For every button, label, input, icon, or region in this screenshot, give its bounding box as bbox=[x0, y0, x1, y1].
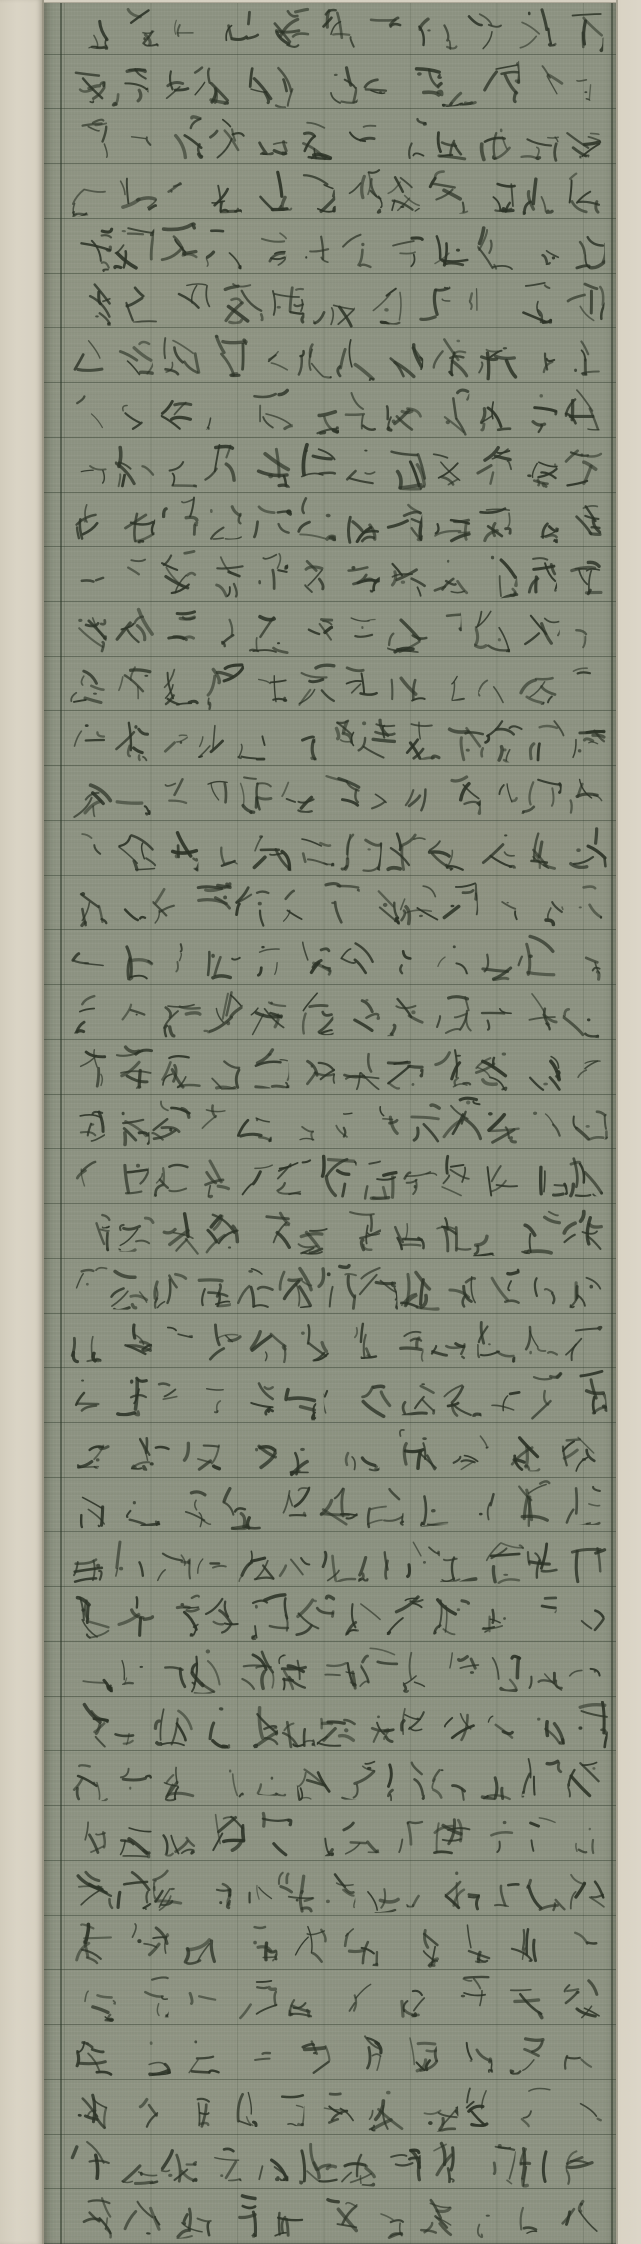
text-row bbox=[44, 438, 616, 493]
calligraphy-character bbox=[68, 0, 117, 54]
calligraphy-character bbox=[158, 1204, 203, 1258]
calligraphy-character bbox=[483, 1149, 524, 1203]
calligraphy-character bbox=[338, 109, 383, 163]
calligraphy-character bbox=[562, 438, 607, 492]
calligraphy-character bbox=[411, 274, 460, 328]
calligraphy-character bbox=[338, 1916, 392, 1970]
calligraphy-character bbox=[558, 274, 607, 328]
calligraphy-character bbox=[317, 1532, 358, 1586]
calligraphy-character bbox=[234, 1259, 275, 1313]
calligraphy-character bbox=[445, 2025, 499, 2079]
text-row bbox=[44, 1314, 616, 1369]
calligraphy-character bbox=[499, 1916, 553, 1970]
calligraphy-character bbox=[517, 1587, 562, 1641]
text-row bbox=[44, 1204, 616, 1259]
calligraphy-character bbox=[192, 1861, 233, 1915]
calligraphy-character bbox=[248, 930, 293, 984]
calligraphy-character bbox=[427, 1314, 472, 1368]
calligraphy-character bbox=[427, 1204, 472, 1258]
calligraphy-character bbox=[109, 1149, 150, 1203]
calligraphy-character bbox=[472, 438, 517, 492]
calligraphy-scroll bbox=[0, 0, 641, 2244]
calligraphy-character bbox=[460, 274, 509, 328]
calligraphy-character bbox=[317, 55, 358, 109]
calligraphy-character bbox=[358, 1368, 399, 1422]
calligraphy-character bbox=[517, 985, 562, 1039]
calligraphy-character bbox=[192, 1697, 233, 1751]
calligraphy-character bbox=[151, 1149, 192, 1203]
calligraphy-character bbox=[158, 1587, 203, 1641]
calligraphy-character bbox=[358, 1532, 399, 1586]
calligraphy-character bbox=[248, 1204, 293, 1258]
text-row bbox=[44, 1697, 616, 1752]
calligraphy-character bbox=[499, 1970, 553, 2024]
calligraphy-character bbox=[562, 1587, 607, 1641]
calligraphy-character bbox=[248, 1587, 293, 1641]
calligraphy-character bbox=[275, 1861, 316, 1915]
calligraphy-character bbox=[524, 1095, 565, 1149]
calligraphy-character bbox=[275, 1149, 316, 1203]
calligraphy-character bbox=[293, 438, 338, 492]
calligraphy-character bbox=[203, 985, 248, 1039]
calligraphy-character bbox=[441, 1368, 482, 1422]
calligraphy-character bbox=[483, 876, 524, 930]
calligraphy-character bbox=[117, 1478, 166, 1532]
calligraphy-character bbox=[68, 821, 113, 875]
text-row bbox=[44, 164, 616, 219]
calligraphy-character bbox=[264, 274, 313, 328]
text-row bbox=[44, 219, 616, 274]
calligraphy-character bbox=[338, 1314, 383, 1368]
calligraphy-character bbox=[338, 821, 383, 875]
calligraphy-character bbox=[509, 1478, 558, 1532]
calligraphy-character bbox=[117, 2189, 166, 2243]
calligraphy-character bbox=[517, 438, 562, 492]
text-row bbox=[44, 766, 616, 821]
calligraphy-character bbox=[275, 55, 316, 109]
calligraphy-character bbox=[566, 712, 607, 766]
calligraphy-character bbox=[248, 328, 293, 382]
calligraphy-character bbox=[338, 1040, 383, 1094]
text-row bbox=[44, 2025, 616, 2080]
calligraphy-character bbox=[517, 2135, 562, 2189]
calligraphy-character bbox=[517, 1751, 562, 1805]
calligraphy-character bbox=[109, 1368, 150, 1422]
calligraphy-character bbox=[338, 1423, 392, 1477]
calligraphy-character bbox=[517, 547, 562, 601]
calligraphy-character bbox=[566, 55, 607, 109]
calligraphy-character bbox=[338, 1204, 383, 1258]
calligraphy-character bbox=[509, 2189, 558, 2243]
calligraphy-character bbox=[358, 1861, 399, 1915]
calligraphy-character bbox=[338, 985, 383, 1039]
calligraphy-character bbox=[427, 1587, 472, 1641]
calligraphy-character bbox=[151, 1861, 192, 1915]
calligraphy-character bbox=[338, 602, 383, 656]
text-rows-container bbox=[44, 0, 616, 2244]
calligraphy-character bbox=[391, 1423, 445, 1477]
calligraphy-character bbox=[248, 2135, 293, 2189]
text-row bbox=[44, 602, 616, 657]
text-row bbox=[44, 1642, 616, 1697]
mount-border-top bbox=[44, 0, 616, 3]
calligraphy-character bbox=[68, 1532, 109, 1586]
calligraphy-character bbox=[472, 657, 517, 711]
calligraphy-character bbox=[68, 109, 113, 163]
calligraphy-character bbox=[524, 712, 565, 766]
calligraphy-character bbox=[427, 602, 472, 656]
calligraphy-character bbox=[517, 602, 562, 656]
calligraphy-character bbox=[566, 876, 607, 930]
text-row bbox=[44, 383, 616, 438]
calligraphy-character bbox=[203, 328, 248, 382]
calligraphy-character bbox=[566, 1532, 607, 1586]
calligraphy-character bbox=[122, 1423, 176, 1477]
calligraphy-character bbox=[317, 1368, 358, 1422]
calligraphy-character bbox=[472, 821, 517, 875]
calligraphy-character bbox=[441, 1149, 482, 1203]
calligraphy-character bbox=[427, 1751, 472, 1805]
mount-border-right bbox=[616, 0, 641, 2244]
calligraphy-character bbox=[203, 438, 248, 492]
calligraphy-character bbox=[472, 930, 517, 984]
calligraphy-character bbox=[68, 1861, 109, 1915]
calligraphy-character bbox=[117, 274, 166, 328]
calligraphy-character bbox=[203, 1751, 248, 1805]
calligraphy-character bbox=[68, 1423, 122, 1477]
text-row bbox=[44, 1806, 616, 1861]
calligraphy-character bbox=[517, 930, 562, 984]
calligraphy-character bbox=[151, 766, 192, 820]
calligraphy-character bbox=[411, 0, 460, 54]
calligraphy-character bbox=[234, 766, 275, 820]
calligraphy-character bbox=[566, 1861, 607, 1915]
calligraphy-character bbox=[293, 493, 338, 547]
calligraphy-character bbox=[517, 383, 562, 437]
calligraphy-character bbox=[566, 1095, 607, 1149]
calligraphy-character bbox=[248, 821, 293, 875]
calligraphy-character bbox=[382, 821, 427, 875]
calligraphy-character bbox=[313, 0, 362, 54]
calligraphy-character bbox=[391, 2025, 445, 2079]
calligraphy-character bbox=[317, 1095, 358, 1149]
calligraphy-character bbox=[166, 0, 215, 54]
calligraphy-character bbox=[264, 1478, 313, 1532]
calligraphy-character bbox=[411, 2189, 460, 2243]
calligraphy-character bbox=[68, 2080, 117, 2134]
calligraphy-character bbox=[483, 55, 524, 109]
calligraphy-character bbox=[248, 438, 293, 492]
calligraphy-character bbox=[68, 1642, 109, 1696]
calligraphy-character bbox=[317, 1861, 358, 1915]
calligraphy-character bbox=[472, 219, 517, 273]
calligraphy-character bbox=[411, 2080, 460, 2134]
calligraphy-character bbox=[562, 930, 607, 984]
calligraphy-character bbox=[566, 1368, 607, 1422]
calligraphy-character bbox=[382, 383, 427, 437]
calligraphy-character bbox=[499, 2025, 553, 2079]
text-row bbox=[44, 876, 616, 931]
calligraphy-character bbox=[382, 1587, 427, 1641]
calligraphy-character bbox=[313, 1478, 362, 1532]
calligraphy-character bbox=[472, 2135, 517, 2189]
calligraphy-character bbox=[445, 1423, 499, 1477]
calligraphy-character bbox=[472, 985, 517, 1039]
calligraphy-character bbox=[562, 164, 607, 218]
calligraphy-character bbox=[68, 930, 113, 984]
calligraphy-character bbox=[558, 0, 607, 54]
text-row bbox=[44, 1423, 616, 1478]
calligraphy-character bbox=[441, 876, 482, 930]
calligraphy-character bbox=[562, 1806, 607, 1860]
calligraphy-character bbox=[203, 930, 248, 984]
calligraphy-character bbox=[68, 328, 113, 382]
text-row bbox=[44, 1587, 616, 1642]
calligraphy-character bbox=[524, 1697, 565, 1751]
calligraphy-character bbox=[275, 1532, 316, 1586]
calligraphy-character bbox=[358, 766, 399, 820]
calligraphy-character bbox=[109, 1259, 150, 1313]
calligraphy-character bbox=[427, 164, 472, 218]
calligraphy-character bbox=[382, 493, 427, 547]
calligraphy-character bbox=[230, 1970, 284, 2024]
calligraphy-character bbox=[317, 1259, 358, 1313]
calligraphy-character bbox=[293, 1314, 338, 1368]
calligraphy-character bbox=[382, 985, 427, 1039]
calligraphy-character bbox=[109, 1697, 150, 1751]
calligraphy-character bbox=[509, 2080, 558, 2134]
calligraphy-character bbox=[427, 657, 472, 711]
calligraphy-character bbox=[517, 657, 562, 711]
calligraphy-character bbox=[158, 1314, 203, 1368]
calligraphy-character bbox=[483, 1642, 524, 1696]
calligraphy-character bbox=[248, 219, 293, 273]
calligraphy-character bbox=[483, 1532, 524, 1586]
calligraphy-character bbox=[234, 1697, 275, 1751]
calligraphy-character bbox=[562, 1204, 607, 1258]
calligraphy-character bbox=[460, 1478, 509, 1532]
calligraphy-character bbox=[400, 1259, 441, 1313]
calligraphy-character bbox=[113, 328, 158, 382]
calligraphy-character bbox=[441, 55, 482, 109]
calligraphy-character bbox=[68, 274, 117, 328]
calligraphy-character bbox=[400, 766, 441, 820]
calligraphy-character bbox=[113, 493, 158, 547]
calligraphy-character bbox=[158, 1751, 203, 1805]
text-row bbox=[44, 1040, 616, 1095]
calligraphy-character bbox=[524, 1642, 565, 1696]
calligraphy-character bbox=[517, 1040, 562, 1094]
calligraphy-character bbox=[113, 1751, 158, 1805]
calligraphy-character bbox=[176, 1970, 230, 2024]
calligraphy-character bbox=[313, 2080, 362, 2134]
calligraphy-character bbox=[158, 1040, 203, 1094]
calligraphy-character bbox=[427, 1806, 472, 1860]
calligraphy-character bbox=[109, 712, 150, 766]
calligraphy-character bbox=[338, 547, 383, 601]
calligraphy-character bbox=[109, 1642, 150, 1696]
calligraphy-character bbox=[192, 1532, 233, 1586]
calligraphy-character bbox=[293, 1587, 338, 1641]
calligraphy-character bbox=[362, 0, 411, 54]
calligraphy-character bbox=[192, 1642, 233, 1696]
calligraphy-character bbox=[248, 1314, 293, 1368]
calligraphy-character bbox=[566, 1149, 607, 1203]
calligraphy-character bbox=[338, 383, 383, 437]
calligraphy-character bbox=[68, 2189, 117, 2243]
calligraphy-character bbox=[338, 219, 383, 273]
calligraphy-character bbox=[230, 2025, 284, 2079]
text-row bbox=[44, 493, 616, 548]
calligraphy-character bbox=[358, 876, 399, 930]
calligraphy-character bbox=[382, 1806, 427, 1860]
calligraphy-character bbox=[293, 383, 338, 437]
calligraphy-character bbox=[122, 1970, 176, 2024]
calligraphy-character bbox=[483, 1861, 524, 1915]
calligraphy-character bbox=[400, 1095, 441, 1149]
calligraphy-character bbox=[203, 1806, 248, 1860]
calligraphy-character bbox=[293, 1751, 338, 1805]
calligraphy-character bbox=[524, 1532, 565, 1586]
calligraphy-character bbox=[113, 985, 158, 1039]
calligraphy-character bbox=[566, 766, 607, 820]
calligraphy-character bbox=[441, 1697, 482, 1751]
calligraphy-character bbox=[275, 1642, 316, 1696]
calligraphy-character bbox=[234, 1368, 275, 1422]
calligraphy-character bbox=[441, 712, 482, 766]
calligraphy-character bbox=[176, 1423, 230, 1477]
text-row bbox=[44, 712, 616, 767]
calligraphy-character bbox=[68, 55, 109, 109]
calligraphy-character bbox=[427, 493, 472, 547]
calligraphy-character bbox=[151, 1532, 192, 1586]
text-row bbox=[44, 547, 616, 602]
calligraphy-character bbox=[68, 493, 113, 547]
text-row bbox=[44, 930, 616, 985]
calligraphy-character bbox=[113, 1314, 158, 1368]
calligraphy-character bbox=[382, 1751, 427, 1805]
calligraphy-character bbox=[176, 2025, 230, 2079]
calligraphy-character bbox=[524, 55, 565, 109]
text-row bbox=[44, 1095, 616, 1150]
calligraphy-character bbox=[524, 1259, 565, 1313]
calligraphy-character bbox=[68, 1204, 113, 1258]
calligraphy-character bbox=[192, 1259, 233, 1313]
calligraphy-character bbox=[445, 1916, 499, 1970]
calligraphy-character bbox=[472, 547, 517, 601]
calligraphy-character bbox=[248, 1751, 293, 1805]
calligraphy-character bbox=[176, 1916, 230, 1970]
calligraphy-character bbox=[562, 383, 607, 437]
calligraphy-character bbox=[113, 1587, 158, 1641]
calligraphy-character bbox=[313, 2189, 362, 2243]
calligraphy-character bbox=[460, 2080, 509, 2134]
calligraphy-character bbox=[317, 712, 358, 766]
calligraphy-character bbox=[275, 876, 316, 930]
calligraphy-character bbox=[68, 1149, 109, 1203]
text-row bbox=[44, 1259, 616, 1314]
calligraphy-character bbox=[483, 1095, 524, 1149]
calligraphy-character bbox=[68, 547, 113, 601]
calligraphy-character bbox=[158, 109, 203, 163]
text-row bbox=[44, 2080, 616, 2135]
calligraphy-character bbox=[293, 219, 338, 273]
calligraphy-character bbox=[472, 1587, 517, 1641]
calligraphy-character bbox=[68, 985, 113, 1039]
calligraphy-character bbox=[113, 383, 158, 437]
calligraphy-character bbox=[68, 2135, 113, 2189]
text-row bbox=[44, 1916, 616, 1971]
calligraphy-character bbox=[68, 2025, 122, 2079]
calligraphy-character bbox=[109, 1861, 150, 1915]
calligraphy-character bbox=[562, 493, 607, 547]
calligraphy-character bbox=[472, 1040, 517, 1094]
calligraphy-character bbox=[362, 2189, 411, 2243]
calligraphy-character bbox=[68, 876, 109, 930]
text-row bbox=[44, 1532, 616, 1587]
calligraphy-character bbox=[441, 1861, 482, 1915]
calligraphy-character bbox=[472, 1204, 517, 1258]
calligraphy-character bbox=[68, 1751, 113, 1805]
calligraphy-character bbox=[68, 1478, 117, 1532]
calligraphy-character bbox=[338, 930, 383, 984]
calligraphy-character bbox=[483, 1697, 524, 1751]
calligraphy-character bbox=[566, 1642, 607, 1696]
calligraphy-character bbox=[427, 930, 472, 984]
calligraphy-character bbox=[472, 328, 517, 382]
calligraphy-character bbox=[68, 1916, 122, 1970]
calligraphy-character bbox=[400, 712, 441, 766]
calligraphy-character bbox=[427, 547, 472, 601]
calligraphy-character bbox=[427, 985, 472, 1039]
calligraphy-character bbox=[158, 547, 203, 601]
text-row bbox=[44, 2189, 616, 2244]
text-row bbox=[44, 1751, 616, 1806]
calligraphy-character bbox=[441, 1642, 482, 1696]
calligraphy-character bbox=[151, 1095, 192, 1149]
calligraphy-character bbox=[248, 547, 293, 601]
text-row bbox=[44, 55, 616, 110]
calligraphy-character bbox=[427, 219, 472, 273]
calligraphy-character bbox=[358, 1095, 399, 1149]
calligraphy-character bbox=[338, 1587, 383, 1641]
calligraphy-character bbox=[400, 1532, 441, 1586]
calligraphy-character bbox=[517, 219, 562, 273]
calligraphy-character bbox=[192, 1368, 233, 1422]
calligraphy-character bbox=[293, 1806, 338, 1860]
calligraphy-character bbox=[151, 876, 192, 930]
calligraphy-character bbox=[113, 219, 158, 273]
text-row bbox=[44, 328, 616, 383]
calligraphy-character bbox=[460, 2189, 509, 2243]
calligraphy-character bbox=[317, 1697, 358, 1751]
calligraphy-character bbox=[524, 1368, 565, 1422]
calligraphy-character bbox=[313, 274, 362, 328]
calligraphy-character bbox=[192, 55, 233, 109]
calligraphy-character bbox=[562, 657, 607, 711]
calligraphy-character bbox=[234, 55, 275, 109]
calligraphy-character bbox=[68, 1697, 109, 1751]
calligraphy-character bbox=[338, 1970, 392, 2024]
calligraphy-character bbox=[338, 1751, 383, 1805]
scroll-paper bbox=[44, 0, 616, 2244]
calligraphy-character bbox=[109, 876, 150, 930]
calligraphy-character bbox=[382, 547, 427, 601]
calligraphy-character bbox=[248, 1806, 293, 1860]
calligraphy-character bbox=[248, 164, 293, 218]
calligraphy-character bbox=[113, 602, 158, 656]
calligraphy-character bbox=[113, 1040, 158, 1094]
